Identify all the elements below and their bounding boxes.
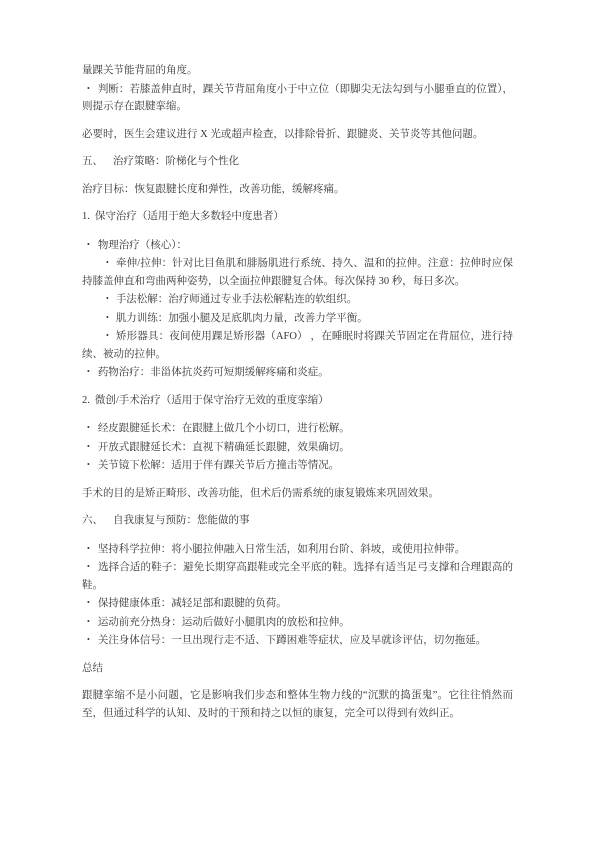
list-marker: 1. bbox=[82, 211, 90, 222]
paragraph: 跟腱挛缩不是小问题，它是影响我们步态和整体生物力线的“沉默的捣蛋鬼”。它往往悄然… bbox=[82, 687, 513, 722]
list-item: •保持健康体重：减轻足部和跟腱的负荷。 bbox=[82, 594, 513, 613]
list-item: •坚持科学拉伸：将小腿拉伸融入日常生活，如利用台阶、斜坡，或使用拉伸带。 bbox=[82, 540, 513, 559]
paragraph-text: 药物治疗：非甾体抗炎药可短期缓解疼痛和炎症。 bbox=[98, 367, 329, 378]
paragraph-spacer bbox=[82, 409, 513, 419]
paragraph-text: 坚持科学拉伸：将小腿拉伸融入日常生活，如利用台阶、斜坡，或使用拉伸带。 bbox=[98, 544, 466, 555]
list-item: •药物治疗：非甾体抗炎药可短期缓解疼痛和炎症。 bbox=[82, 363, 513, 382]
paragraph: 治疗目标：恢复跟腱长度和弹性，改善功能，缓解疼痛。 bbox=[82, 181, 513, 199]
paragraph-spacer bbox=[82, 143, 513, 153]
list-item: •开放式跟腱延长术：直视下精确延长跟腱，效果确切。 bbox=[82, 438, 513, 457]
bullet-icon: • bbox=[87, 562, 90, 571]
paragraph-spacer bbox=[82, 502, 513, 512]
paragraph-text: 总结 bbox=[82, 663, 103, 674]
paragraph-spacer bbox=[82, 171, 513, 181]
list-item: •物理治疗（核心）： bbox=[82, 236, 513, 255]
bullet-icon: • bbox=[106, 331, 109, 340]
bullet-icon: • bbox=[87, 617, 90, 626]
bullet-icon: • bbox=[87, 367, 90, 376]
paragraph-text: 牵伸/拉伸：针对比目鱼肌和腓肠肌进行系统、持久、温和的拉伸。注意：拉伸时应保持膝… bbox=[82, 258, 513, 287]
paragraph-text: 跟腱挛缩不是小问题，它是影响我们步态和整体生物力线的“沉默的捣蛋鬼”。它往往悄然… bbox=[82, 690, 513, 719]
paragraph-text: 治疗目标：恢复跟腱长度和弹性，改善功能，缓解疼痛。 bbox=[82, 184, 345, 195]
paragraph-text: 自我康复与预防：您能做的事 bbox=[113, 515, 250, 526]
paragraph-text: 开放式跟腱延长术：直视下精确延长跟腱，效果确切。 bbox=[98, 442, 350, 453]
document-page: 量踝关节能背屈的角度。•判断：若膝盖伸直时，踝关节背屈角度小于中立位（即脚尖无法… bbox=[0, 0, 595, 841]
section-heading: 五、治疗策略：阶梯化与个性化 bbox=[82, 153, 513, 171]
paragraph-text: 保持健康体重：减轻足部和跟腱的负荷。 bbox=[98, 598, 287, 609]
document-body: 量踝关节能背屈的角度。•判断：若膝盖伸直时，踝关节背屈角度小于中立位（即脚尖无法… bbox=[82, 62, 513, 722]
paragraph-spacer bbox=[82, 677, 513, 687]
bullet-icon: • bbox=[87, 84, 90, 93]
list-item: •关注身体信号：一旦出现行走不适、下蹲困难等症状，应及早就诊评估，切勿拖延。 bbox=[82, 631, 513, 650]
paragraph-text: 经皮跟腱延长术：在跟腱上做几个小切口，进行松解。 bbox=[98, 423, 350, 434]
list-item: •肌力训练：加强小腿及足底肌肉力量，改善力学平衡。 bbox=[82, 309, 513, 328]
paragraph-text: 微创/手术治疗（适用于保守治疗无效的重度挛缩） bbox=[95, 395, 329, 406]
paragraph-text: 手法松解：治疗师通过专业手法松解粘连的软组织。 bbox=[116, 294, 358, 305]
paragraph-spacer bbox=[82, 650, 513, 660]
paragraph-text: 手术的目的是矫正畸形、改善功能，但术后仍需系统的康复锻炼来巩固效果。 bbox=[82, 488, 439, 499]
bullet-icon: • bbox=[106, 313, 109, 322]
paragraph: 总结 bbox=[82, 660, 513, 678]
paragraph-spacer bbox=[82, 382, 513, 392]
paragraph-text: 物理治疗（核心）： bbox=[98, 240, 187, 251]
paragraph-text: 关注身体信号：一旦出现行走不适、下蹲困难等症状，应及早就诊评估，切勿拖延。 bbox=[98, 635, 487, 646]
paragraph-text: 必要时，医生会建议进行 X 光或超声检查，以排除骨折、跟腱炎、关节炎等其他问题。 bbox=[82, 129, 483, 140]
paragraph-spacer bbox=[82, 475, 513, 485]
paragraph-text: 量踝关节能背屈的角度。 bbox=[82, 65, 198, 76]
section-heading: 六、自我康复与预防：您能做的事 bbox=[82, 512, 513, 530]
list-item: •牵伸/拉伸：针对比目鱼肌和腓肠肌进行系统、持久、温和的拉伸。注意：拉伸时应保持… bbox=[82, 254, 513, 290]
list-marker: 2. bbox=[82, 395, 90, 406]
list-item: •判断：若膝盖伸直时，踝关节背屈角度小于中立位（即脚尖无法勾到与小腿垂直的位置）… bbox=[82, 80, 513, 116]
bullet-icon: • bbox=[106, 258, 109, 267]
list-item: •关节镜下松解：适用于伴有踝关节后方撞击等情况。 bbox=[82, 456, 513, 475]
paragraph-text: 选择合适的鞋子：避免长期穿高跟鞋或完全平底的鞋。选择有适当足弓支撑和合理跟高的鞋… bbox=[82, 562, 513, 591]
list-item: •选择合适的鞋子：避免长期穿高跟鞋或完全平底的鞋。选择有适当足弓支撑和合理跟高的… bbox=[82, 558, 513, 594]
bullet-icon: • bbox=[87, 544, 90, 553]
paragraph-text: 治疗策略：阶梯化与个性化 bbox=[113, 156, 239, 167]
list-item: 2.微创/手术治疗（适用于保守治疗无效的重度挛缩） bbox=[82, 392, 513, 410]
list-item: •经皮跟腱延长术：在跟腱上做几个小切口，进行松解。 bbox=[82, 419, 513, 438]
list-item: •手法松解：治疗师通过专业手法松解粘连的软组织。 bbox=[82, 290, 513, 309]
list-item: •运动前充分热身：运动后做好小腿肌肉的放松和拉伸。 bbox=[82, 613, 513, 632]
paragraph-text: 关节镜下松解：适用于伴有踝关节后方撞击等情况。 bbox=[98, 460, 340, 471]
paragraph-text: 判断：若膝盖伸直时，踝关节背屈角度小于中立位（即脚尖无法勾到与小腿垂直的位置），… bbox=[82, 84, 513, 113]
paragraph-text: 肌力训练：加强小腿及足底肌肉力量，改善力学平衡。 bbox=[116, 313, 368, 324]
paragraph: 必要时，医生会建议进行 X 光或超声检查，以排除骨折、跟腱炎、关节炎等其他问题。 bbox=[82, 126, 513, 144]
paragraph-text: 矫形器具：夜间使用踝足矫形器（AFO） ，在睡眠时将踝关节固定在背屈位，进行持续… bbox=[82, 331, 513, 360]
paragraph-text: 保守治疗（适用于绝大多数轻中度患者） bbox=[95, 211, 284, 222]
paragraph-spacer bbox=[82, 530, 513, 540]
list-item: •矫形器具：夜间使用踝足矫形器（AFO） ，在睡眠时将踝关节固定在背屈位，进行持… bbox=[82, 327, 513, 363]
bullet-icon: • bbox=[87, 423, 90, 432]
paragraph-text: 运动前充分热身：运动后做好小腿肌肉的放松和拉伸。 bbox=[98, 617, 350, 628]
paragraph-spacer bbox=[82, 198, 513, 208]
list-item: 1.保守治疗（适用于绝大多数轻中度患者） bbox=[82, 208, 513, 226]
paragraph: 量踝关节能背屈的角度。 bbox=[82, 62, 513, 80]
bullet-icon: • bbox=[87, 442, 90, 451]
list-marker: 六、 bbox=[82, 515, 103, 526]
bullet-icon: • bbox=[87, 635, 90, 644]
paragraph-spacer bbox=[82, 226, 513, 236]
bullet-icon: • bbox=[106, 294, 109, 303]
bullet-icon: • bbox=[87, 460, 90, 469]
paragraph: 手术的目的是矫正畸形、改善功能，但术后仍需系统的康复锻炼来巩固效果。 bbox=[82, 485, 513, 503]
list-marker: 五、 bbox=[82, 156, 103, 167]
paragraph-spacer bbox=[82, 116, 513, 126]
bullet-icon: • bbox=[87, 598, 90, 607]
bullet-icon: • bbox=[87, 240, 90, 249]
